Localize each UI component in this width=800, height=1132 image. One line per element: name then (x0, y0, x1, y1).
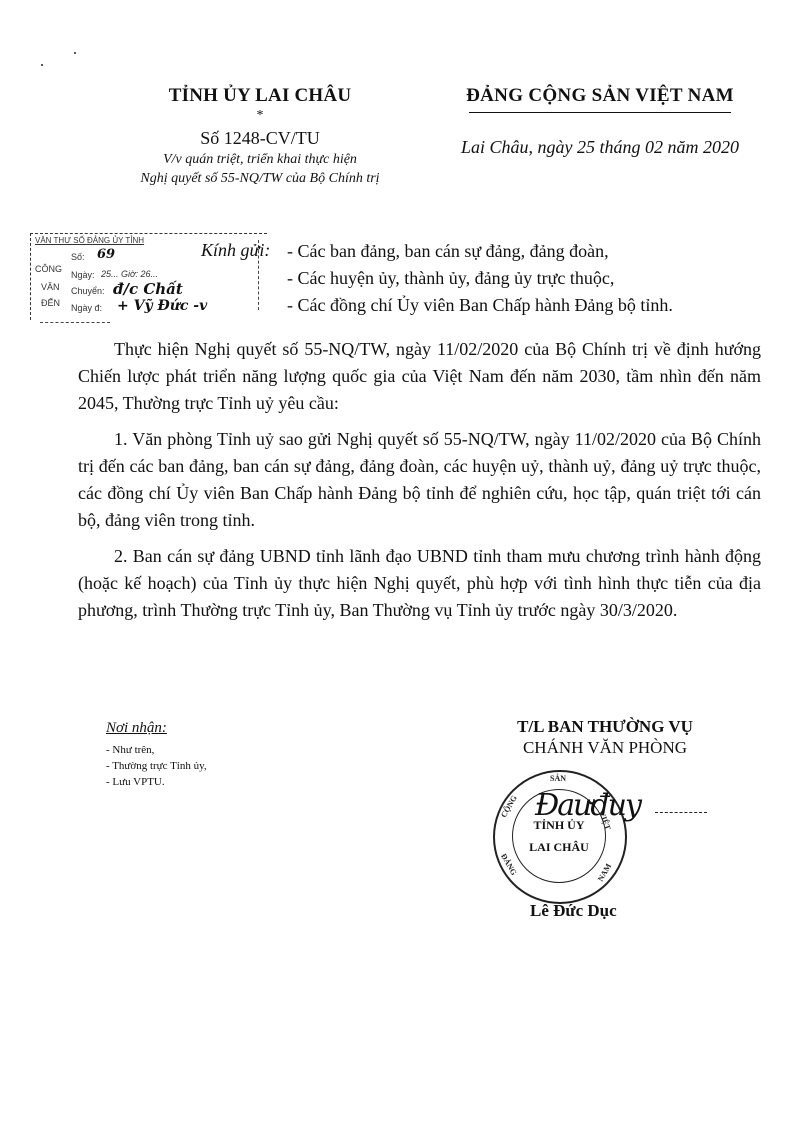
distribution-list: - Như trên, - Thường trực Tỉnh ủy, - Lưu… (106, 742, 207, 790)
signature-stroke (655, 812, 707, 813)
stamp-ngay-label: Ngày: (71, 270, 95, 280)
sign-role: CHÁNH VĂN PHÒNG (455, 737, 755, 758)
distribution-block: Nơi nhận: - Như trên, - Thường trực Tỉnh… (106, 718, 207, 790)
issuer-block: TỈNH ỦY LAI CHÂU * Số 1248-CV/TU V/v quá… (110, 84, 410, 188)
distribution-item: - Thường trực Tỉnh ủy, (106, 758, 207, 774)
scan-speck (74, 52, 76, 54)
body-paragraph-intro: Thực hiện Nghị quyết số 55-NQ/TW, ngày 1… (78, 336, 761, 417)
stamp-ngay-value: 25... Giờ: 26... (101, 269, 158, 279)
sign-title: T/L BAN THƯỜNG VỤ (455, 716, 755, 737)
subject-line-1: V/v quán triệt, triển khai thực hiện (110, 150, 410, 169)
national-header: ĐẢNG CỘNG SẢN VIỆT NAM Lai Châu, ngày 25… (430, 84, 770, 159)
scan-speck (41, 64, 43, 66)
distribution-item: - Như trên, (106, 742, 207, 758)
body-paragraph-2: 2. Ban cán sự đảng UBND tỉnh lãnh đạo UB… (78, 543, 761, 624)
signature-block: T/L BAN THƯỜNG VỤ CHÁNH VĂN PHÒNG (455, 716, 755, 758)
seal-ring-text: NAM (596, 862, 613, 883)
recipients-list: - Các ban đảng, ban cán sự đảng, đảng đo… (287, 238, 673, 319)
stamp-so-label: Số: (71, 252, 85, 262)
seal-center-line: LAI CHÂU (529, 836, 589, 858)
stamp-side-label-3: ĐẾN (41, 298, 60, 308)
handwritten-signature: Đaưđuy (535, 788, 640, 823)
document-body: Thực hiện Nghị quyết số 55-NQ/TW, ngày 1… (78, 336, 761, 633)
place-date: Lai Châu, ngày 25 tháng 02 năm 2020 (430, 135, 770, 159)
stamp-chuyen-label: Chuyển: (71, 286, 105, 296)
stamp-ngay-chuyen-value: + Vỹ Đức -v (117, 298, 207, 314)
recipient-item: - Các ban đảng, ban cán sự đảng, đảng đo… (287, 238, 673, 265)
star-icon: * (110, 110, 410, 122)
seal-ring-text: SẢN (550, 774, 566, 783)
stamp-title: VĂN THƯ SỐ ĐẢNG ỦY TỈNH (35, 236, 144, 245)
stamp-border (40, 322, 110, 323)
recipients-label: Kính gửi: (201, 238, 270, 262)
party-name: ĐẢNG CỘNG SẢN VIỆT NAM (430, 84, 770, 108)
organization-name: TỈNH ỦY LAI CHÂU (110, 84, 410, 108)
header-underline (469, 112, 731, 113)
recipient-item: - Các huyện ủy, thành ủy, đảng ủy trực t… (287, 265, 673, 292)
signer-name: Lê Đức Dục (530, 900, 617, 922)
stamp-so-value: 69 (97, 247, 115, 262)
stamp-chuyen-value: đ/c Chất (113, 280, 183, 298)
subject-line-2: Nghị quyết số 55-NQ/TW của Bộ Chính trị (110, 169, 410, 188)
document-number: Số 1248-CV/TU (110, 126, 410, 150)
recipient-item: - Các đồng chí Ủy viên Ban Chấp hành Đản… (287, 292, 673, 319)
body-paragraph-1: 1. Văn phòng Tỉnh uỷ sao gửi Nghị quyết … (78, 426, 761, 534)
stamp-side-label-1: CÔNG (35, 264, 62, 274)
distribution-label: Nơi nhận: (106, 718, 207, 738)
stamp-side-label-2: VĂN (41, 282, 60, 292)
distribution-item: - Lưu VPTU. (106, 774, 207, 790)
stamp-ngay-chuyen-label: Ngày đ: (71, 303, 102, 313)
